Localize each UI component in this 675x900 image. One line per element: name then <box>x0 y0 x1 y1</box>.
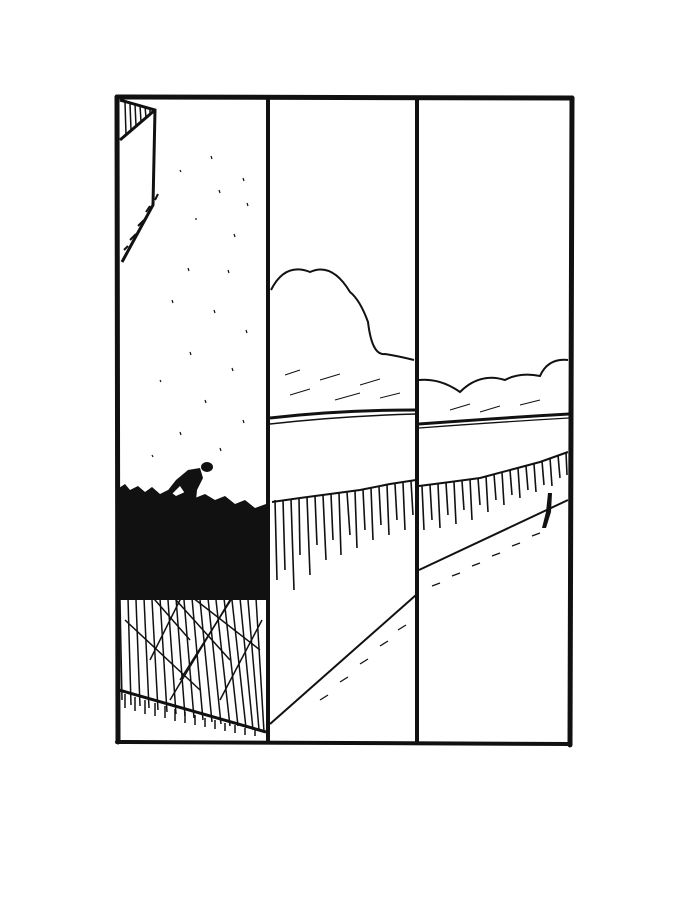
cloud-icon <box>271 269 414 360</box>
dark-grass <box>119 484 266 736</box>
path-line <box>270 595 416 724</box>
cloud-hatching <box>285 370 400 400</box>
comic-page <box>0 0 675 900</box>
panel-borders <box>117 97 572 745</box>
horizon-line <box>419 414 569 428</box>
window-icon <box>120 100 158 262</box>
horizon-line <box>270 410 416 424</box>
clouds-icon <box>419 360 568 392</box>
cloud-hatching <box>450 400 540 412</box>
path-line <box>419 500 568 586</box>
wall-texture <box>152 156 248 457</box>
fence <box>272 480 416 590</box>
